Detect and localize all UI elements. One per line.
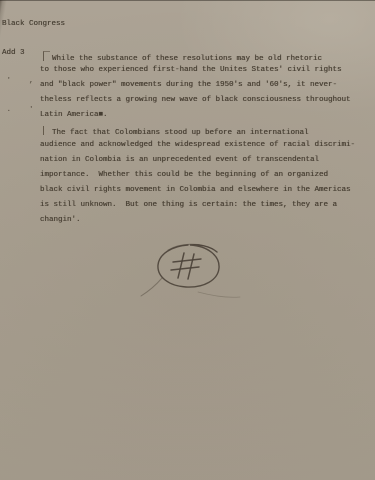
paragraph-2-line: is still unknown. But one thing is certa…: [40, 201, 355, 216]
text-line: While the substance of these resolutions…: [52, 55, 322, 63]
paragraph-2-line: The fact that Colombians stood up before…: [43, 126, 355, 141]
text-line-with-overstrike: Latin America■.: [40, 111, 108, 119]
text-line: is still unknown. But one thing is certa…: [40, 201, 337, 209]
paragraph-1-line: While the substance of these resolutions…: [43, 51, 355, 66]
number-sign-stroke-h2: [171, 267, 199, 270]
text-line: to those who experienced first-hand the …: [40, 66, 342, 74]
text-line: audience and acknowledged the widespread…: [40, 141, 355, 149]
text-line: changin'.: [40, 216, 81, 224]
paragraph-2-line: nation in Colombia is an unprecedented e…: [40, 156, 355, 171]
number-sign-stroke-v2: [188, 254, 194, 279]
pencil-ellipse: [158, 245, 219, 287]
number-sign-stroke-h1: [173, 259, 201, 262]
text-line: theless reflects a growing new wave of b…: [40, 96, 351, 104]
paragraph-1-line: Latin America■.: [40, 111, 355, 126]
header-slug: Black Congress: [2, 20, 65, 30]
text-line: importance. Whether this could be the be…: [40, 171, 328, 179]
text-line: nation in Colombia is an unprecedented e…: [40, 156, 319, 164]
paragraph-2-line: importance. Whether this could be the be…: [40, 171, 355, 186]
document-body: While the substance of these resolutions…: [40, 51, 355, 231]
number-sign-stroke-v1: [178, 253, 184, 278]
hand-drawn-end-mark-graphic: [128, 234, 258, 314]
paragraph-1-line: and "black power" movements during the 1…: [40, 81, 355, 96]
text-line: The fact that Colombians stood up before…: [52, 129, 309, 137]
pencil-tail: [141, 278, 162, 296]
paragraph-1-line: to those who experienced first-hand the …: [40, 66, 355, 81]
paragraph-2-line: audience and acknowledged the widespread…: [40, 141, 355, 156]
pencil-smudge: [198, 292, 240, 297]
text-line: black civil rights movement in Colombia …: [40, 186, 351, 194]
pencil-paragraph-mark: [43, 126, 50, 135]
text-line: and "black power" movements during the 1…: [40, 81, 337, 89]
paragraph-1-line: theless reflects a growing new wave of b…: [40, 96, 355, 111]
scanned-document-page: { "page": { "paper_color": "#a89f90", "i…: [0, 0, 375, 480]
paragraph-2-line: black civil rights movement in Colombia …: [40, 186, 355, 201]
pencil-paragraph-mark: [43, 51, 50, 61]
paragraph-2-line: changin'.: [40, 216, 355, 231]
circled-number-sign-end-mark: #: [128, 234, 258, 314]
